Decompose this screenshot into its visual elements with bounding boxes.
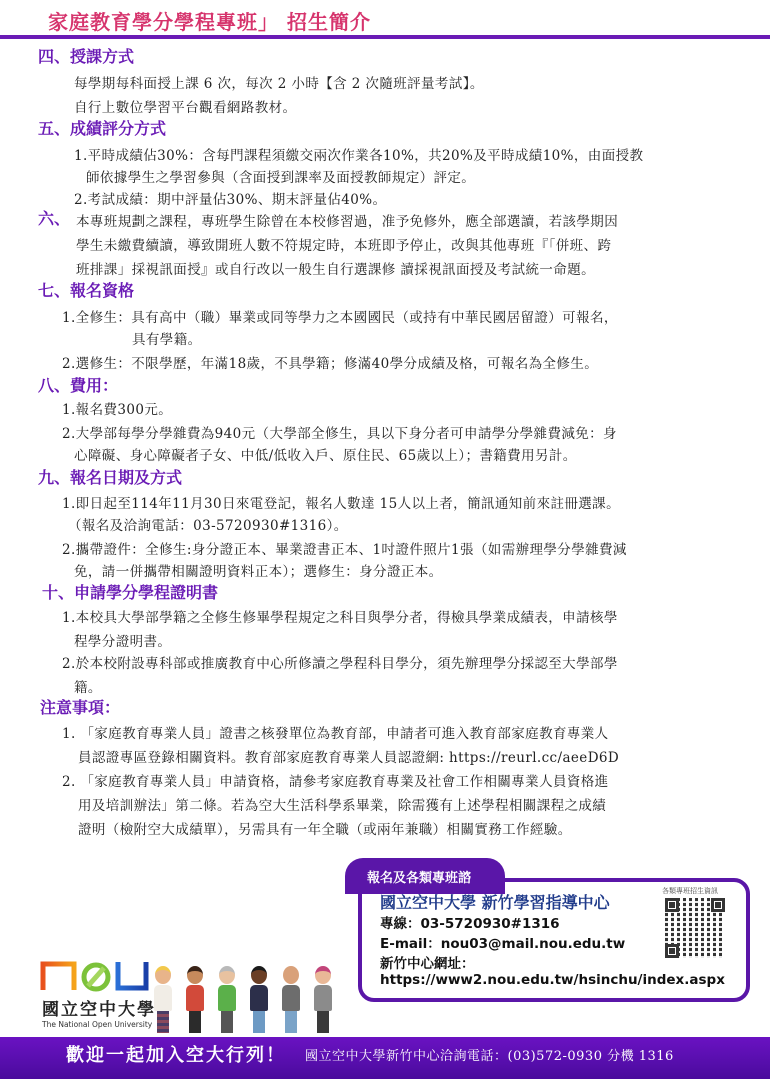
section-line: 學生未繳費續讀，導致開班人數不符規定時，本班即予停止，改與其他專班『「併班、跨 [76, 234, 611, 254]
qr-label: 各類專班招生資訊 [662, 886, 718, 896]
qr-corner-icon [665, 944, 679, 958]
logo-name-en: The National Open University [42, 1020, 152, 1029]
qr-corner-icon [711, 898, 725, 912]
contact-email[interactable]: E-mail：nou03@mail.nou.edu.tw [380, 932, 625, 952]
section-line: 本專班規劃之課程，專班學生除曾在本校修習過，准予免修外，應全部選讀，若該學期因 [76, 210, 618, 230]
title-bar: 家庭教育學分學程專班」 招生簡介 [0, 0, 770, 40]
footer-slogan: 歡迎一起加入空大行列！ [66, 1041, 286, 1067]
footer-contact: 國立空中大學新竹中心洽詢電話：(03)572-0930 分機 1316 [305, 1045, 674, 1064]
section-line: 1.平時成績佔30%：含每門課程須繳交兩次作業各10%，共20%及平時成績10%… [74, 144, 643, 164]
person-icon [150, 966, 176, 1033]
person-icon [246, 966, 272, 1033]
section-line: 2.大學部每學分學雜費為940元（大學部全修生，具以下身分者可申請學分學雜費減免… [62, 422, 617, 442]
section-line: （報名及洽詢電話：03-5720930#1316）。 [68, 514, 348, 534]
section-line: 程學分證明書。 [74, 630, 171, 650]
people-illustration [150, 958, 340, 1033]
section-line: 1.即日起至114年11月30日來電登記，報名人數達 15人以上者，簡訊通知前來… [62, 492, 620, 512]
section-heading-fees: 八、費用： [38, 373, 118, 396]
section-line: 心障礙、身心障礙者子女、中低/低收入戶、原住民、65歲以上）；書籍費用另計。 [74, 444, 577, 464]
section-heading-teaching-method: 四、授課方式 [38, 44, 134, 67]
contact-box: 國立空中大學 新竹學習指導中心 專線：03-5720930#1316 E-mai… [358, 878, 750, 1002]
section-line: 師依據學生之學習參與（含面授到課率及面授教師規定）評定。 [86, 166, 475, 186]
note-line: 2. 「家庭教育專業人員」申請資格，請參考家庭教育專業及社會工作相關專業人員資格… [62, 770, 609, 790]
note-line: 證明（檢附空大成績單），另需具有一年全職（或兩年兼職）相關實務工作經驗。 [78, 818, 572, 838]
section-line: 1.報名費300元。 [62, 398, 172, 418]
section-line: 班排課」採視訊面授』或自行改以一般生自行選課修 讀採視訊面授及考試統一命題。 [76, 258, 595, 278]
section-line: 2.攜帶證件：全修生:身分證正本、畢業證書正本、1吋證件照片1張（如需辦理學分學… [62, 538, 627, 558]
section-line: 每學期每科面授上課 6 次，每次 2 小時【含 2 次隨班評量考試】。 [74, 72, 484, 92]
section-line: 2.考試成績：期中評量佔30%、期末評量佔40%。 [74, 188, 386, 208]
person-icon [310, 966, 336, 1033]
section-line: 1.全修生：具有高中（職）畢業或同等學力之本國國民（或持有中華民國居留證）可報名… [62, 306, 618, 326]
person-icon [214, 966, 240, 1033]
section-heading-course-policy: 六、 [38, 206, 70, 229]
section-line: 2.選修生：不限學歷，年滿18歲，不具學籍；修滿40學分成績及格，可報名為全修生… [62, 352, 598, 372]
section-heading-registration: 九、報名日期及方式 [38, 465, 182, 488]
logo-name-zh: 國立空中大學 [42, 995, 156, 1020]
title-divider [0, 35, 770, 39]
contact-tab: 報名及各類專班諮 [345, 858, 505, 894]
qr-corner-icon [665, 898, 679, 912]
section-heading-eligibility: 七、報名資格 [38, 278, 134, 301]
nou-logo-icon [40, 960, 150, 992]
note-line: 1. 「家庭教育專業人員」證書之核發單位為教育部，申請者可進入教育部家庭教育專業… [62, 722, 609, 742]
qr-code-icon[interactable] [665, 898, 725, 958]
person-icon [182, 966, 208, 1033]
section-heading-certificate: 十、申請學分學程證明書 [42, 580, 218, 603]
section-line: 籍。 [74, 676, 102, 696]
section-heading-notes: 注意事項： [40, 695, 120, 718]
footer-banner: 歡迎一起加入空大行列！ 國立空中大學新竹中心洽詢電話：(03)572-0930 … [0, 1037, 770, 1079]
section-line: 1.本校具大學部學籍之全修生修畢學程規定之科目與學分者，得檢具學業成績表，申請核… [62, 606, 618, 626]
nou-logo: 國立空中大學 The National Open University [40, 960, 155, 1032]
note-line: 員認證專區登錄相關資料。教育部家庭教育專業人員認證網: https://reur… [78, 746, 619, 766]
contact-site-label: 新竹中心網址： [380, 952, 475, 972]
note-line: 用及培訓辦法」第二條。若為空大生活科學系畢業，除需獲有上述學程相關課程之成績 [78, 794, 606, 814]
section-line: 自行上數位學習平台觀看網路教材。 [74, 96, 296, 116]
page-title: 家庭教育學分學程專班」 招生簡介 [48, 6, 371, 35]
contact-site-url[interactable]: https://www2.nou.edu.tw/hsinchu/index.as… [380, 972, 725, 988]
section-line: 免，請一併攜帶相關證明資料正本）；選修生：身分證正本。 [74, 560, 443, 580]
section-line: 2.於本校附設專科部或推廣教育中心所修讀之學程科目學分，須先辦理學分採認至大學部… [62, 652, 618, 672]
section-line: 具有學籍。 [132, 328, 202, 348]
contact-phone: 專線：03-5720930#1316 [380, 912, 560, 932]
person-icon [278, 966, 304, 1033]
section-heading-grading: 五、成績評分方式 [38, 116, 166, 139]
